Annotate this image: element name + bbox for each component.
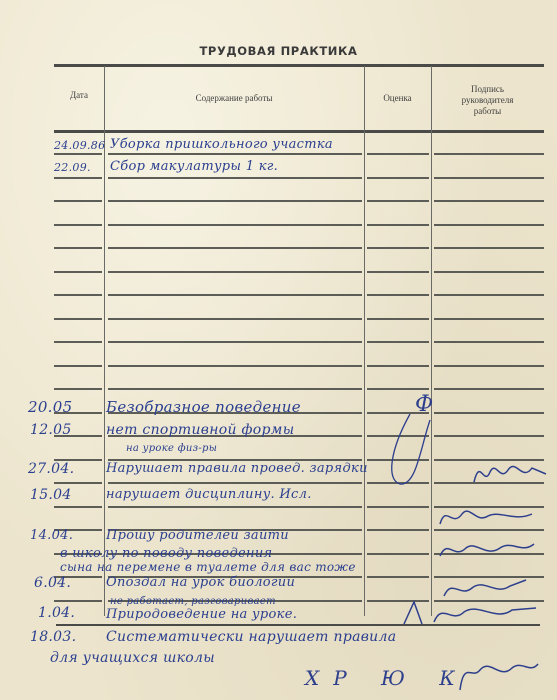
ruled-line [54, 600, 102, 602]
note-text: на уроке физ-ры [126, 443, 217, 454]
ruled-line [367, 576, 429, 578]
ruled-line [367, 553, 429, 555]
note-text: Систематически нарушает правила [106, 629, 396, 645]
entry-date: 22.09. [54, 161, 91, 174]
ruled-line [367, 224, 429, 226]
ruled-line [54, 200, 102, 202]
ruled-line [434, 341, 544, 343]
column-header-signature: Подпись руководителя работы [431, 84, 544, 117]
table-header-bottom-border [54, 130, 544, 133]
ruled-line [367, 177, 429, 179]
ruled-line [434, 271, 544, 273]
ruled-line [434, 365, 544, 367]
note-text: не работает, разговаривает [110, 596, 276, 607]
ruled-line [434, 294, 544, 296]
column-divider-grade [431, 66, 432, 616]
ruled-line [367, 247, 429, 249]
note-text: в школу по поводу поведения [60, 546, 272, 561]
entry-content: Сбор макулатуры 1 кг. [110, 159, 278, 174]
ruled-line [108, 318, 362, 320]
note-date: 12.05 [30, 422, 72, 438]
column-header-grade: Оценка [364, 93, 431, 104]
document-page: ТРУДОВАЯ ПРАКТИКА Дата Содержание работы… [0, 0, 557, 700]
note-date: 1.04. [38, 605, 75, 621]
ruled-line [367, 388, 429, 390]
signature-scribble [450, 650, 540, 696]
column-header-content: Содержание работы [104, 93, 364, 104]
ruled-line [108, 200, 362, 202]
note-text: сына на перемене в туалете для вас тоже [60, 560, 356, 574]
ruled-line [367, 200, 429, 202]
ruled-line [54, 388, 102, 390]
note-date: 20.05 [28, 398, 72, 416]
note-text: нет спортивной формы [106, 422, 294, 438]
note-text: Опоздал на урок биологии [106, 575, 295, 590]
ruled-line [108, 224, 362, 226]
ruled-line [434, 247, 544, 249]
ruled-line [108, 153, 362, 155]
note-text: Нарушает правила провед. зарядки [106, 461, 368, 476]
ruled-line [54, 153, 102, 155]
ruled-line [108, 365, 362, 367]
ruled-line [434, 153, 544, 155]
ruled-line [54, 247, 102, 249]
ruled-line [54, 177, 102, 179]
ruled-line [367, 271, 429, 273]
note-date: 27.04. [28, 461, 74, 477]
ruled-line [367, 365, 429, 367]
ruled-line [54, 341, 102, 343]
ruled-line [108, 271, 362, 273]
ruled-line [54, 294, 102, 296]
ruled-line [108, 482, 362, 484]
column-header-date: Дата [54, 90, 104, 101]
note-date: 6.04. [34, 575, 71, 591]
ruled-line [367, 529, 429, 531]
entry-content: Уборка пришкольного участка [110, 137, 333, 152]
ruled-line [108, 177, 362, 179]
ruled-line [108, 506, 362, 508]
ruled-line [434, 200, 544, 202]
ruled-line [54, 271, 102, 273]
signature-scribble [436, 500, 536, 530]
ruled-line [434, 388, 544, 390]
ruled-line [434, 177, 544, 179]
ruled-line [367, 506, 429, 508]
ruled-line [54, 224, 102, 226]
note-date: 14.04. [30, 528, 73, 543]
note-date: 18.03. [30, 629, 76, 645]
signature-scribble [470, 452, 550, 492]
table-top-border [54, 64, 544, 67]
ruled-line [54, 365, 102, 367]
ruled-line [367, 153, 429, 155]
note-text: Природоведение на уроке. [106, 607, 297, 622]
entry-date: 24.09.86 [54, 139, 105, 152]
note-text: нарушает дисциплину. Исл. [106, 487, 312, 502]
ruled-line [434, 435, 544, 437]
note-date: 15.04 [30, 487, 72, 503]
ruled-line [108, 388, 362, 390]
ruled-line [434, 412, 544, 414]
ruled-line [434, 224, 544, 226]
signature-scribble [380, 410, 440, 490]
ruled-line [108, 341, 362, 343]
ruled-line [108, 247, 362, 249]
ruled-line [434, 318, 544, 320]
ruled-line [367, 341, 429, 343]
ruled-line [54, 318, 102, 320]
page-title: ТРУДОВАЯ ПРАКТИКА [0, 44, 557, 58]
ruled-line [108, 294, 362, 296]
ruled-line [54, 482, 102, 484]
ruled-line [367, 318, 429, 320]
note-text: Безобразное поведение [106, 398, 301, 416]
note-text: Прошу родителей зайти [106, 528, 289, 543]
column-divider-content [364, 66, 365, 616]
ruled-line [54, 506, 102, 508]
bottom-initials: ХР Ю К [305, 666, 469, 690]
note-text: для учащихся школы [50, 650, 215, 666]
ruled-line [367, 294, 429, 296]
signature-scribble [400, 598, 540, 628]
signature-scribble [436, 534, 536, 564]
